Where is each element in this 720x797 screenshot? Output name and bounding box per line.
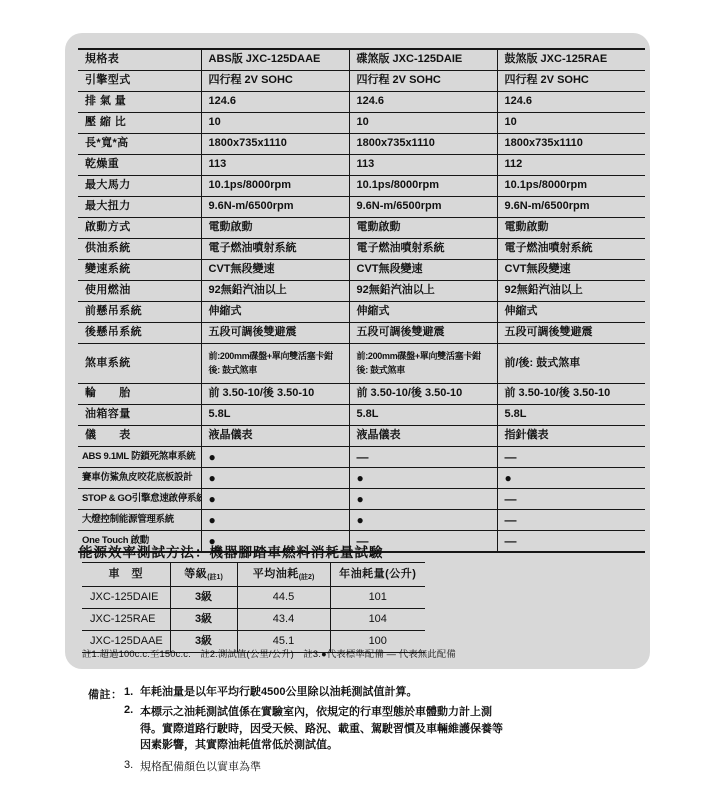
remarks-prefix: 備註： (88, 686, 124, 780)
spec-value-cell: 1800x735x1110 (349, 134, 497, 155)
spec-label-cell: 壓 縮 比 (78, 113, 201, 134)
spec-value-cell: 伸縮式 (497, 302, 645, 323)
spec-row: STOP & GO引擎怠速啟停系統●●— (78, 489, 645, 510)
remark-number: 1. (124, 686, 140, 699)
spec-value-cell: 5.8L (497, 405, 645, 426)
spec-value-cell: 124.6 (201, 92, 349, 113)
remark-item: 2.本標示之油耗測試值係在實驗室內，依規定的行車型態於車體動力計上測得。實際道路… (124, 704, 504, 754)
spec-label-cell: 賽車仿鯊魚皮咬花底板設計 (78, 468, 201, 489)
spec-row: 變速系統CVT無段變速CVT無段變速CVT無段變速 (78, 260, 645, 281)
spec-value-cell: 124.6 (497, 92, 645, 113)
energy-grade-cell: 3級 (170, 587, 237, 609)
spec-value-cell: 10 (201, 113, 349, 134)
spec-row: 後懸吊系統五段可調後雙避震五段可調後雙避震五段可調後雙避震 (78, 323, 645, 344)
spec-value-cell: 前 3.50-10/後 3.50-10 (201, 384, 349, 405)
energy-footnote: 註1:超過100c.c.至150c.c. 註2:測試值(公里/公升) 註3:●代… (82, 646, 456, 660)
spec-value-cell: 113 (201, 155, 349, 176)
spec-label-cell: 引擎型式 (78, 71, 201, 92)
spec-value-cell: 124.6 (349, 92, 497, 113)
energy-header-subscript: (註2) (299, 574, 315, 581)
spec-value-cell: CVT無段變速 (497, 260, 645, 281)
spec-value-cell: 電子燃油噴射系統 (349, 239, 497, 260)
spec-label-cell: 儀 表 (78, 426, 201, 447)
spec-table: 規格表ABS版 JXC-125DAAE碟煞版 JXC-125DAIE鼓煞版 JX… (78, 48, 645, 553)
remark-number: 2. (124, 704, 140, 754)
spec-label-cell: 輪 胎 (78, 384, 201, 405)
spec-value-cell: 液晶儀表 (201, 426, 349, 447)
spec-value-cell: 92無鉛汽油以上 (497, 281, 645, 302)
spec-value-cell: 電動啟動 (349, 218, 497, 239)
spec-feature-mark: — (349, 447, 497, 468)
spec-value-cell: 113 (349, 155, 497, 176)
spec-row: 引擎型式四行程 2V SOHC四行程 2V SOHC四行程 2V SOHC (78, 71, 645, 92)
spec-row: 儀 表液晶儀表液晶儀表指針儀表 (78, 426, 645, 447)
spec-label-cell: 後懸吊系統 (78, 323, 201, 344)
spec-feature-mark: — (497, 447, 645, 468)
spec-value-cell: 92無鉛汽油以上 (201, 281, 349, 302)
spec-feature-mark: ● (201, 489, 349, 510)
spec-label-cell: 前懸吊系統 (78, 302, 201, 323)
remarks: 備註： 1.年耗油量是以年平均行駛4500公里除以油耗測試值計算。2.本標示之油… (88, 686, 504, 780)
remark-text: 年耗油量是以年平均行駛4500公里除以油耗測試值計算。 (140, 686, 504, 699)
spec-feature-mark: ● (349, 489, 497, 510)
spec-feature-mark: — (497, 510, 645, 531)
spec-value-cell: 10.1ps/8000rpm (349, 176, 497, 197)
energy-annual-cell: 104 (330, 609, 425, 631)
energy-header-cell: 等級(註1) (170, 563, 237, 587)
spec-row: 乾燥重113113112 (78, 155, 645, 176)
energy-model-cell: JXC-125DAIE (82, 587, 170, 609)
spec-value-cell: 前/後: 鼓式煞車 (497, 344, 645, 384)
spec-value-cell: 10.1ps/8000rpm (497, 176, 645, 197)
spec-row: 供油系統電子燃油噴射系統電子燃油噴射系統電子燃油噴射系統 (78, 239, 645, 260)
energy-table: 車 型等級(註1)平均油耗(註2)年油耗量(公升)JXC-125DAIE3級44… (82, 562, 425, 653)
spec-value-cell: 指針儀表 (497, 426, 645, 447)
energy-avg-cell: 44.5 (237, 587, 330, 609)
energy-header-cell: 年油耗量(公升) (330, 563, 425, 587)
spec-value-cell: CVT無段變速 (349, 260, 497, 281)
spec-value-cell: CVT無段變速 (201, 260, 349, 281)
spec-row: 最大扭力9.6N-m/6500rpm9.6N-m/6500rpm9.6N-m/6… (78, 197, 645, 218)
spec-row: 使用燃油92無鉛汽油以上92無鉛汽油以上92無鉛汽油以上 (78, 281, 645, 302)
spec-feature-mark: ● (349, 510, 497, 531)
spec-label-cell: 大燈控制能源管理系統 (78, 510, 201, 531)
spec-value-cell: 9.6N-m/6500rpm (497, 197, 645, 218)
spec-label-cell: STOP & GO引擎怠速啟停系統 (78, 489, 201, 510)
remarks-list: 1.年耗油量是以年平均行駛4500公里除以油耗測試值計算。2.本標示之油耗測試值… (124, 686, 504, 780)
spec-value-cell: 電子燃油噴射系統 (201, 239, 349, 260)
spec-value-cell: 前 3.50-10/後 3.50-10 (349, 384, 497, 405)
spec-value-cell: 液晶儀表 (349, 426, 497, 447)
spec-label-cell: 最大扭力 (78, 197, 201, 218)
energy-header-cell: 平均油耗(註2) (237, 563, 330, 587)
spec-value-cell: 電動啟動 (201, 218, 349, 239)
remark-number: 3. (124, 759, 140, 776)
spec-row: 最大馬力10.1ps/8000rpm10.1ps/8000rpm10.1ps/8… (78, 176, 645, 197)
spec-value-cell: 9.6N-m/6500rpm (201, 197, 349, 218)
remark-item: 1.年耗油量是以年平均行駛4500公里除以油耗測試值計算。 (124, 686, 504, 699)
spec-feature-mark: ● (201, 468, 349, 489)
spec-label-cell: 變速系統 (78, 260, 201, 281)
spec-value-cell: 1800x735x1110 (201, 134, 349, 155)
spec-value-cell: 五段可調後雙避震 (201, 323, 349, 344)
spec-row: ABS 9.1ML 防鎖死煞車系統●—— (78, 447, 645, 468)
spec-row: 賽車仿鯊魚皮咬花底板設計●●● (78, 468, 645, 489)
spec-value-cell: 9.6N-m/6500rpm (349, 197, 497, 218)
spec-row: 排 氣 量124.6124.6124.6 (78, 92, 645, 113)
energy-header-cell: 車 型 (82, 563, 170, 587)
spec-label-cell: 最大馬力 (78, 176, 201, 197)
spec-value-cell: 四行程 2V SOHC (497, 71, 645, 92)
spec-value-cell: 5.8L (201, 405, 349, 426)
spec-feature-mark: ● (201, 447, 349, 468)
spec-value-cell: 伸縮式 (201, 302, 349, 323)
energy-grade-cell: 3級 (170, 609, 237, 631)
spec-model-header: 碟煞版 JXC-125DAIE (349, 49, 497, 71)
spec-value-cell: 10 (349, 113, 497, 134)
spec-value-cell: 1800x735x1110 (497, 134, 645, 155)
spec-value-cell: 112 (497, 155, 645, 176)
spec-feature-mark: — (497, 531, 645, 553)
spec-value-cell: 5.8L (349, 405, 497, 426)
energy-row: JXC-125RAE3級43.4104 (82, 609, 425, 631)
spec-label-cell: 使用燃油 (78, 281, 201, 302)
remark-item: 3.規格配備顏色以實車為準 (124, 759, 504, 776)
spec-feature-mark: — (497, 489, 645, 510)
spec-row: 油箱容量5.8L5.8L5.8L (78, 405, 645, 426)
spec-label-cell: ABS 9.1ML 防鎖死煞車系統 (78, 447, 201, 468)
spec-feature-mark: ● (201, 510, 349, 531)
spec-label-cell: 排 氣 量 (78, 92, 201, 113)
energy-section-title: 能源效率測試方法：機器腳踏車燃料消耗量試驗 (79, 541, 384, 561)
spec-label-cell: 乾燥重 (78, 155, 201, 176)
spec-label-cell: 煞車系統 (78, 344, 201, 384)
spec-value-cell: 前 3.50-10/後 3.50-10 (497, 384, 645, 405)
remark-text: 本標示之油耗測試值係在實驗室內，依規定的行車型態於車體動力計上測得。實際道路行駛… (140, 704, 504, 754)
spec-value-cell: 四行程 2V SOHC (349, 71, 497, 92)
energy-annual-cell: 101 (330, 587, 425, 609)
spec-row: 壓 縮 比101010 (78, 113, 645, 134)
spec-value-cell: 五段可調後雙避震 (349, 323, 497, 344)
energy-header-row: 車 型等級(註1)平均油耗(註2)年油耗量(公升) (82, 563, 425, 587)
spec-feature-mark: ● (349, 468, 497, 489)
spec-header-row: 規格表ABS版 JXC-125DAAE碟煞版 JXC-125DAIE鼓煞版 JX… (78, 49, 645, 71)
spec-value-cell: 前:200mm碟盤+單向雙活塞卡鉗 後: 鼓式煞車 (201, 344, 349, 384)
energy-avg-cell: 43.4 (237, 609, 330, 631)
spec-model-header: 鼓煞版 JXC-125RAE (497, 49, 645, 71)
spec-value-cell: 10.1ps/8000rpm (201, 176, 349, 197)
spec-value-cell: 四行程 2V SOHC (201, 71, 349, 92)
spec-row: 長*寬*高1800x735x11101800x735x11101800x735x… (78, 134, 645, 155)
spec-value-cell: 92無鉛汽油以上 (349, 281, 497, 302)
energy-row: JXC-125DAIE3級44.5101 (82, 587, 425, 609)
spec-label-cell: 油箱容量 (78, 405, 201, 426)
energy-header-subscript: (註1) (207, 574, 223, 581)
spec-value-cell: 五段可調後雙避震 (497, 323, 645, 344)
remark-text: 規格配備顏色以實車為準 (140, 759, 504, 776)
spec-value-cell: 伸縮式 (349, 302, 497, 323)
spec-table-title: 規格表 (78, 49, 201, 71)
spec-value-cell: 10 (497, 113, 645, 134)
spec-row: 大燈控制能源管理系統●●— (78, 510, 645, 531)
spec-value-cell: 電子燃油噴射系統 (497, 239, 645, 260)
spec-row: 煞車系統前:200mm碟盤+單向雙活塞卡鉗 後: 鼓式煞車前:200mm碟盤+單… (78, 344, 645, 384)
spec-card: 規格表ABS版 JXC-125DAAE碟煞版 JXC-125DAIE鼓煞版 JX… (65, 33, 650, 669)
spec-label-cell: 啟動方式 (78, 218, 201, 239)
spec-value-cell: 前:200mm碟盤+單向雙活塞卡鉗 後: 鼓式煞車 (349, 344, 497, 384)
spec-row: 前懸吊系統伸縮式伸縮式伸縮式 (78, 302, 645, 323)
spec-label-cell: 供油系統 (78, 239, 201, 260)
spec-feature-mark: ● (497, 468, 645, 489)
spec-row: 啟動方式電動啟動電動啟動電動啟動 (78, 218, 645, 239)
spec-row: 輪 胎前 3.50-10/後 3.50-10前 3.50-10/後 3.50-1… (78, 384, 645, 405)
spec-label-cell: 長*寬*高 (78, 134, 201, 155)
spec-value-cell: 電動啟動 (497, 218, 645, 239)
spec-model-header: ABS版 JXC-125DAAE (201, 49, 349, 71)
energy-model-cell: JXC-125RAE (82, 609, 170, 631)
